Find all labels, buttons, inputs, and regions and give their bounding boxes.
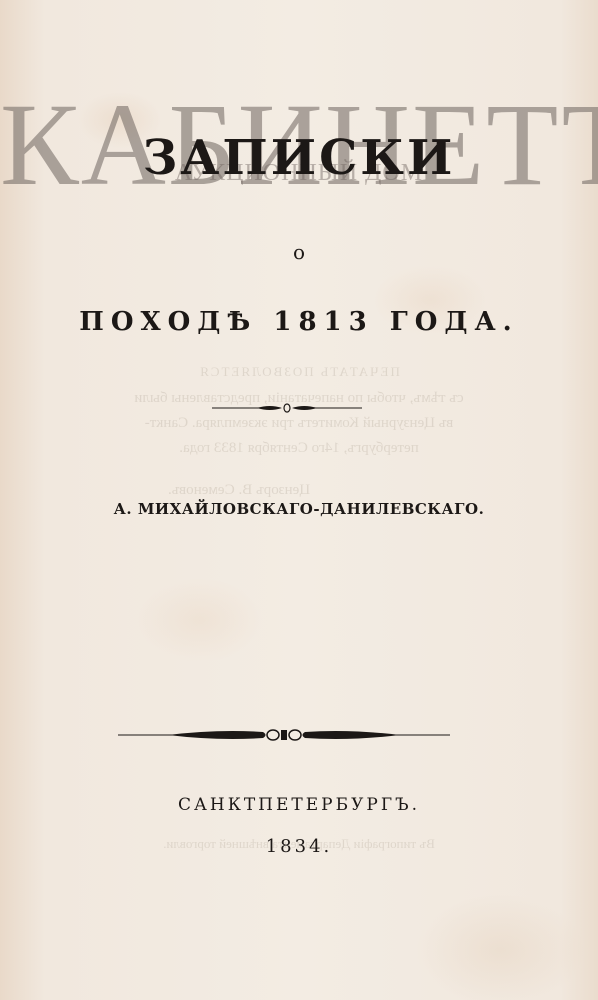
large-ornament-divider-icon [118, 727, 450, 743]
publication-city: САНКТПЕТЕРБУРГЪ. [0, 795, 598, 815]
book-subtitle: ПОХОДѢ 1813 ГОДА. [0, 307, 598, 337]
bleed-through-line: петербургъ, 14го Сентября 1833 года. [0, 440, 598, 457]
bleed-through-line: Цензоръ В. Семеновъ. [0, 482, 598, 499]
book-title: ЗАПИСКИ [0, 130, 598, 186]
bleed-through-line: въ Цензурный Комитетъ три экземпляра. Са… [0, 415, 598, 432]
publication-year: 1834. [0, 836, 598, 857]
bleed-through-line: ПЕЧАТАТЬ ПОЗВОЛЯЕТСЯ [0, 364, 598, 380]
title-preposition: о [0, 240, 598, 264]
small-ornament-divider-icon [212, 402, 362, 414]
scanned-title-page: ПЕЧАТАТЬ ПОЗВОЛЯЕТСЯ съ тѣмъ, чтобы по н… [0, 0, 598, 1000]
author-name: А. МИХАЙЛОВСКАГО-ДАНИЛЕВСКАГО. [0, 500, 598, 518]
